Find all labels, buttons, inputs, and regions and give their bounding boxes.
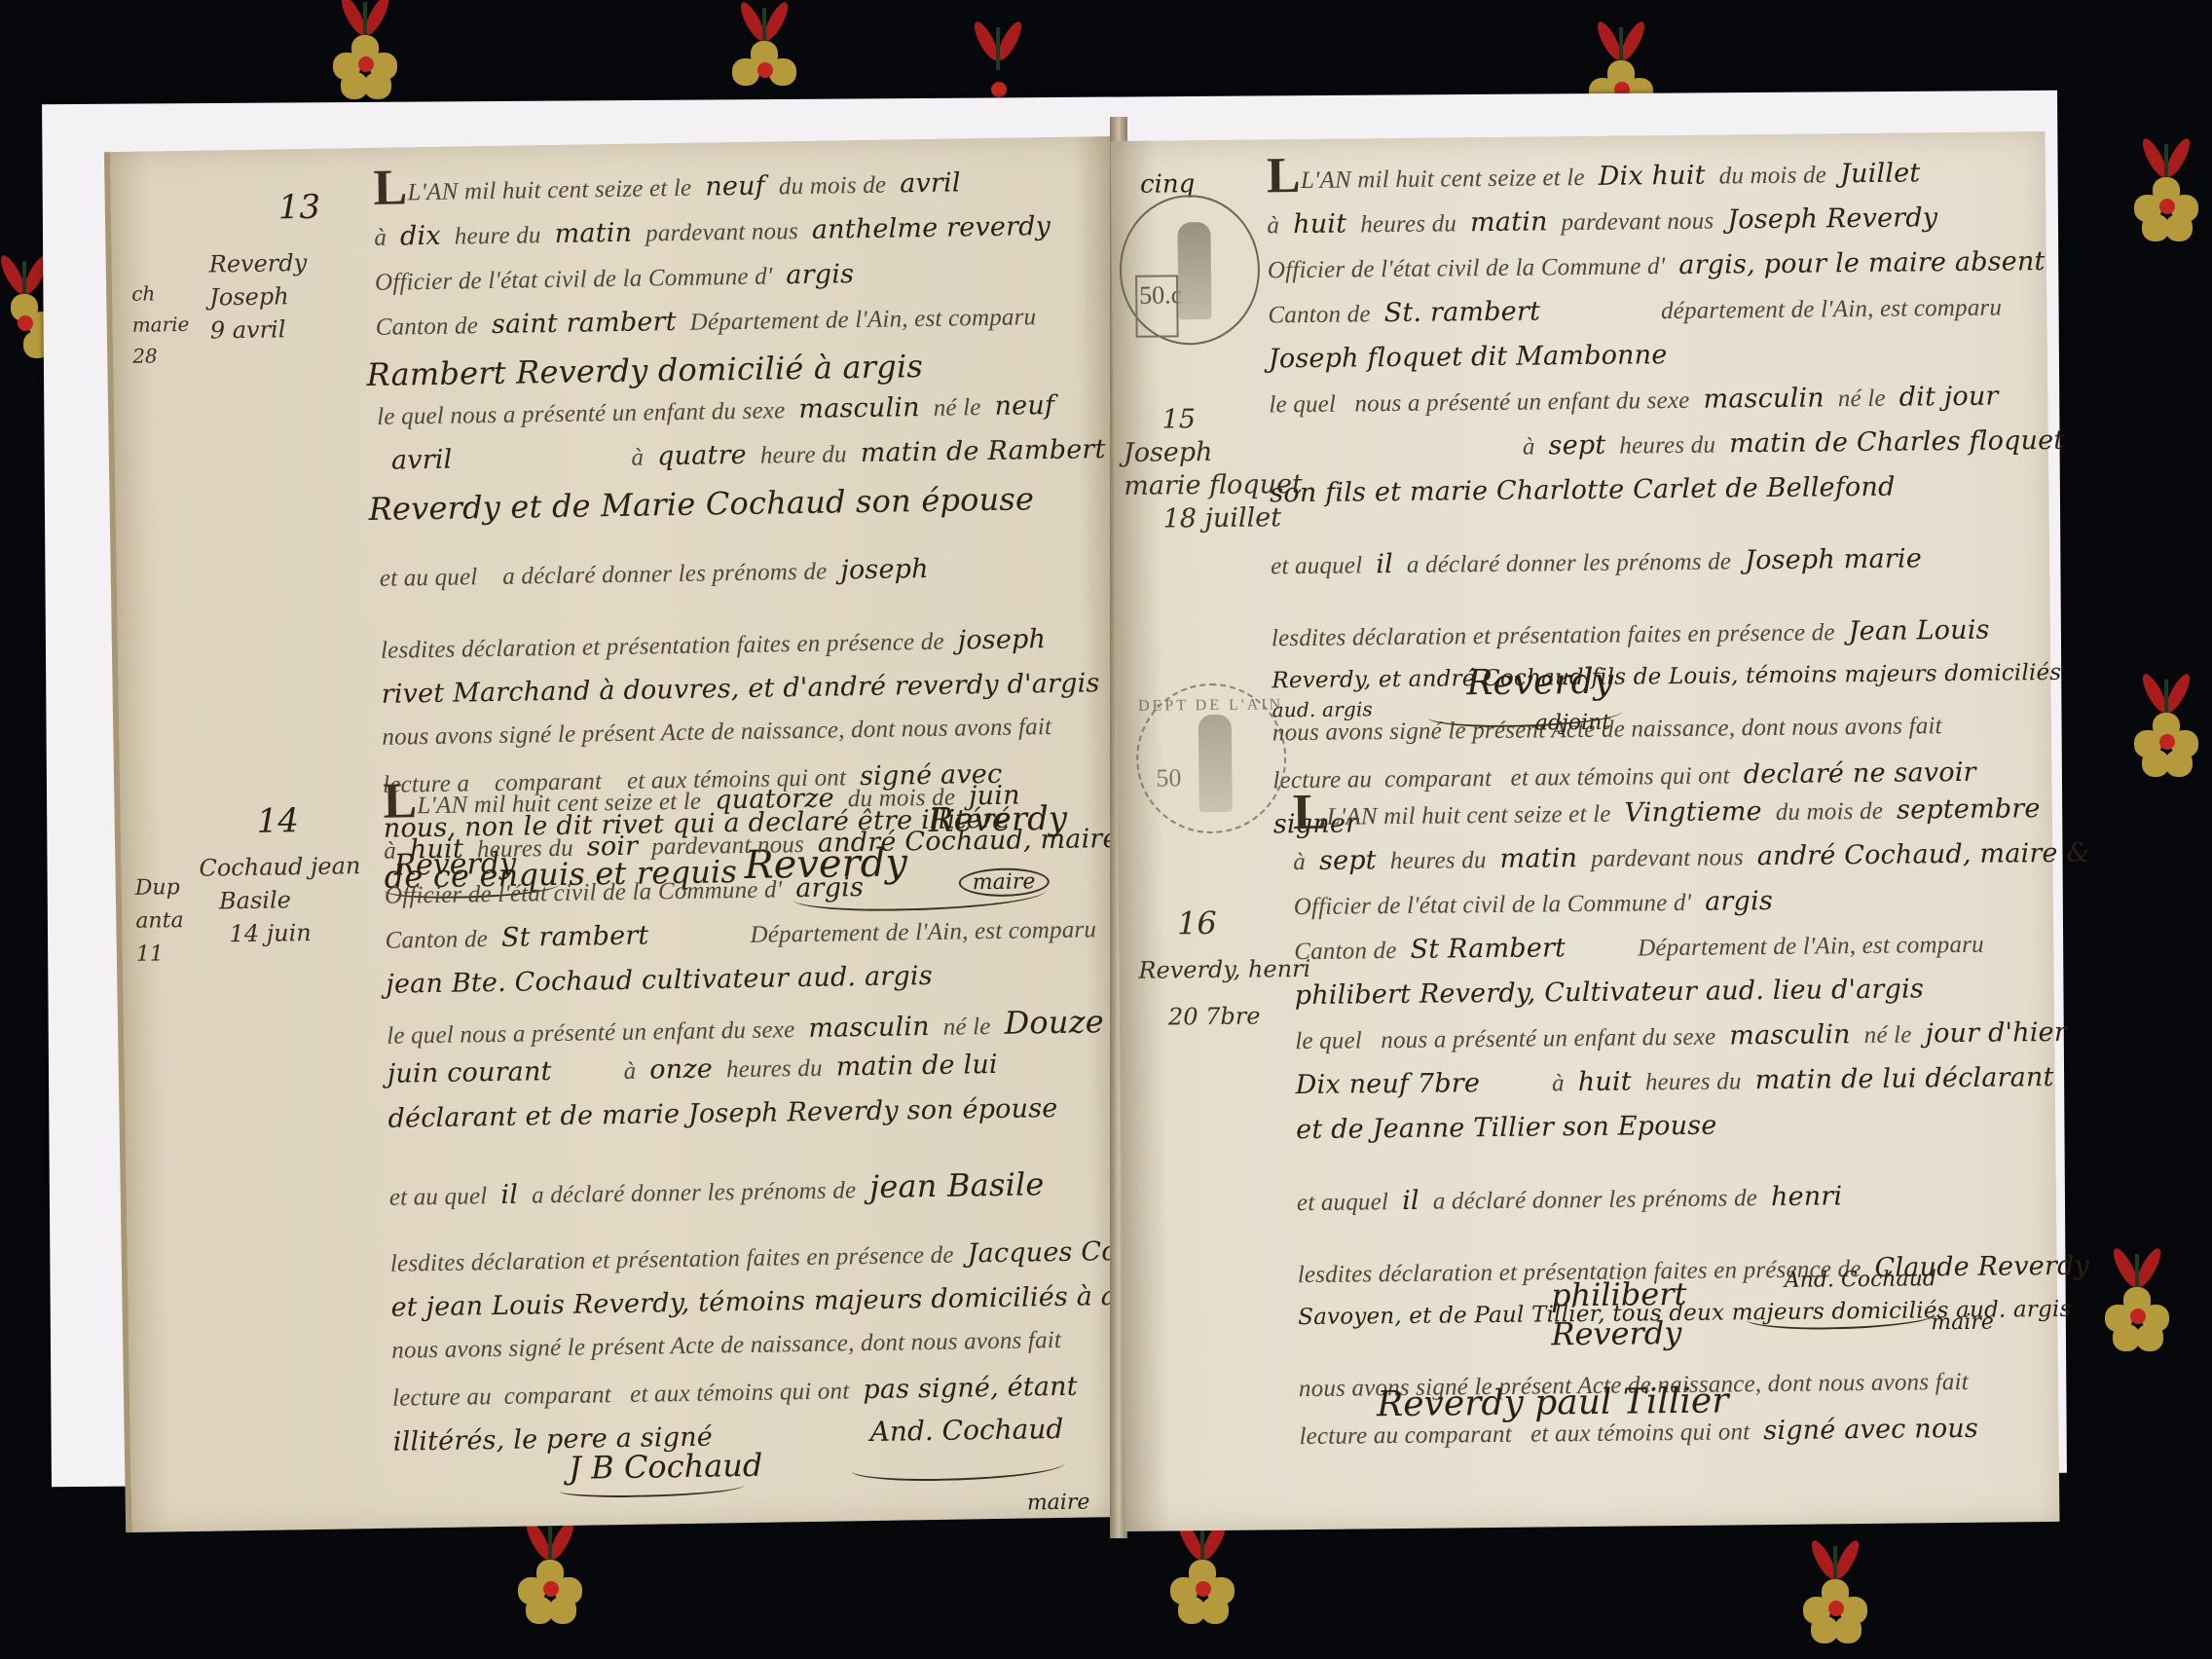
- tax-stamp-bottom: DEPT DE L'AIN 50: [1135, 682, 1287, 834]
- act-line: et de Jeanne Tillier son Epouse: [1296, 1106, 2107, 1160]
- signature-flourish: [851, 1452, 1065, 1482]
- embroidered-flower-icon: [720, 0, 808, 107]
- signature: philibert Reverdy: [1551, 1273, 1747, 1353]
- embroidered-flower-icon: [321, 0, 409, 101]
- stamp-figure-icon: [1177, 222, 1211, 319]
- embroidered-flower-icon: [1159, 1519, 1246, 1626]
- act-number: 14: [256, 801, 299, 841]
- signature-flourish: [559, 1478, 744, 1498]
- witness-signatures: Reverdy paul Tillier: [1377, 1381, 1729, 1424]
- margin-side-note: Dup anta 11: [135, 871, 185, 972]
- mayor-title: maire: [1931, 1310, 1994, 1336]
- right-page: cinq 50.c 15 Joseph marie floquet 18 jui…: [1111, 131, 2060, 1531]
- embroidered-flower-icon: [2122, 672, 2210, 779]
- mayor-title: maire: [1027, 1490, 1090, 1515]
- margin-note: Reverdy Joseph 9 avril: [208, 246, 308, 348]
- margin-note: Cochaud jean Basile 14 juin: [199, 849, 361, 951]
- act-line: et auquelila déclaré donner les prénoms …: [1297, 1178, 2108, 1232]
- birth-act-15: LL'AN mil huit cent seize et leDix huitd…: [1267, 157, 2083, 855]
- mayor-signature: And. Cochaud: [869, 1413, 1063, 1448]
- signature: Reverdy: [1466, 662, 1613, 704]
- mayor-signature: And. Cochaud: [1785, 1267, 1936, 1293]
- embroidered-flower-icon: [1791, 1538, 1879, 1645]
- tax-stamp-top: 50.c: [1119, 194, 1261, 345]
- stamp-figure-icon: [1198, 715, 1233, 812]
- margin-note: 16 Reverdy, henri 20 7bre: [1138, 899, 1311, 1041]
- act-line: son fils et marie Charlotte Carlet de Be…: [1270, 470, 2079, 524]
- act-line: et auquelila déclaré donner les prénoms …: [1271, 542, 2080, 596]
- margin-side-note: ch marie 28: [131, 277, 190, 372]
- birth-act-14: LL'AN mil huit cent seize et lequatorzed…: [383, 778, 1216, 1472]
- birth-act-16: LL'AN mil huit cent seize et leVingtieme…: [1293, 793, 2111, 1465]
- stamp-altar-icon: [1135, 275, 1179, 337]
- act-number: 13: [278, 188, 321, 228]
- left-page: 13 Reverdy Joseph 9 avril ch marie 28 LL…: [104, 136, 1134, 1532]
- embroidered-flower-icon: [506, 1519, 594, 1626]
- embroidered-flower-icon: [2122, 136, 2210, 243]
